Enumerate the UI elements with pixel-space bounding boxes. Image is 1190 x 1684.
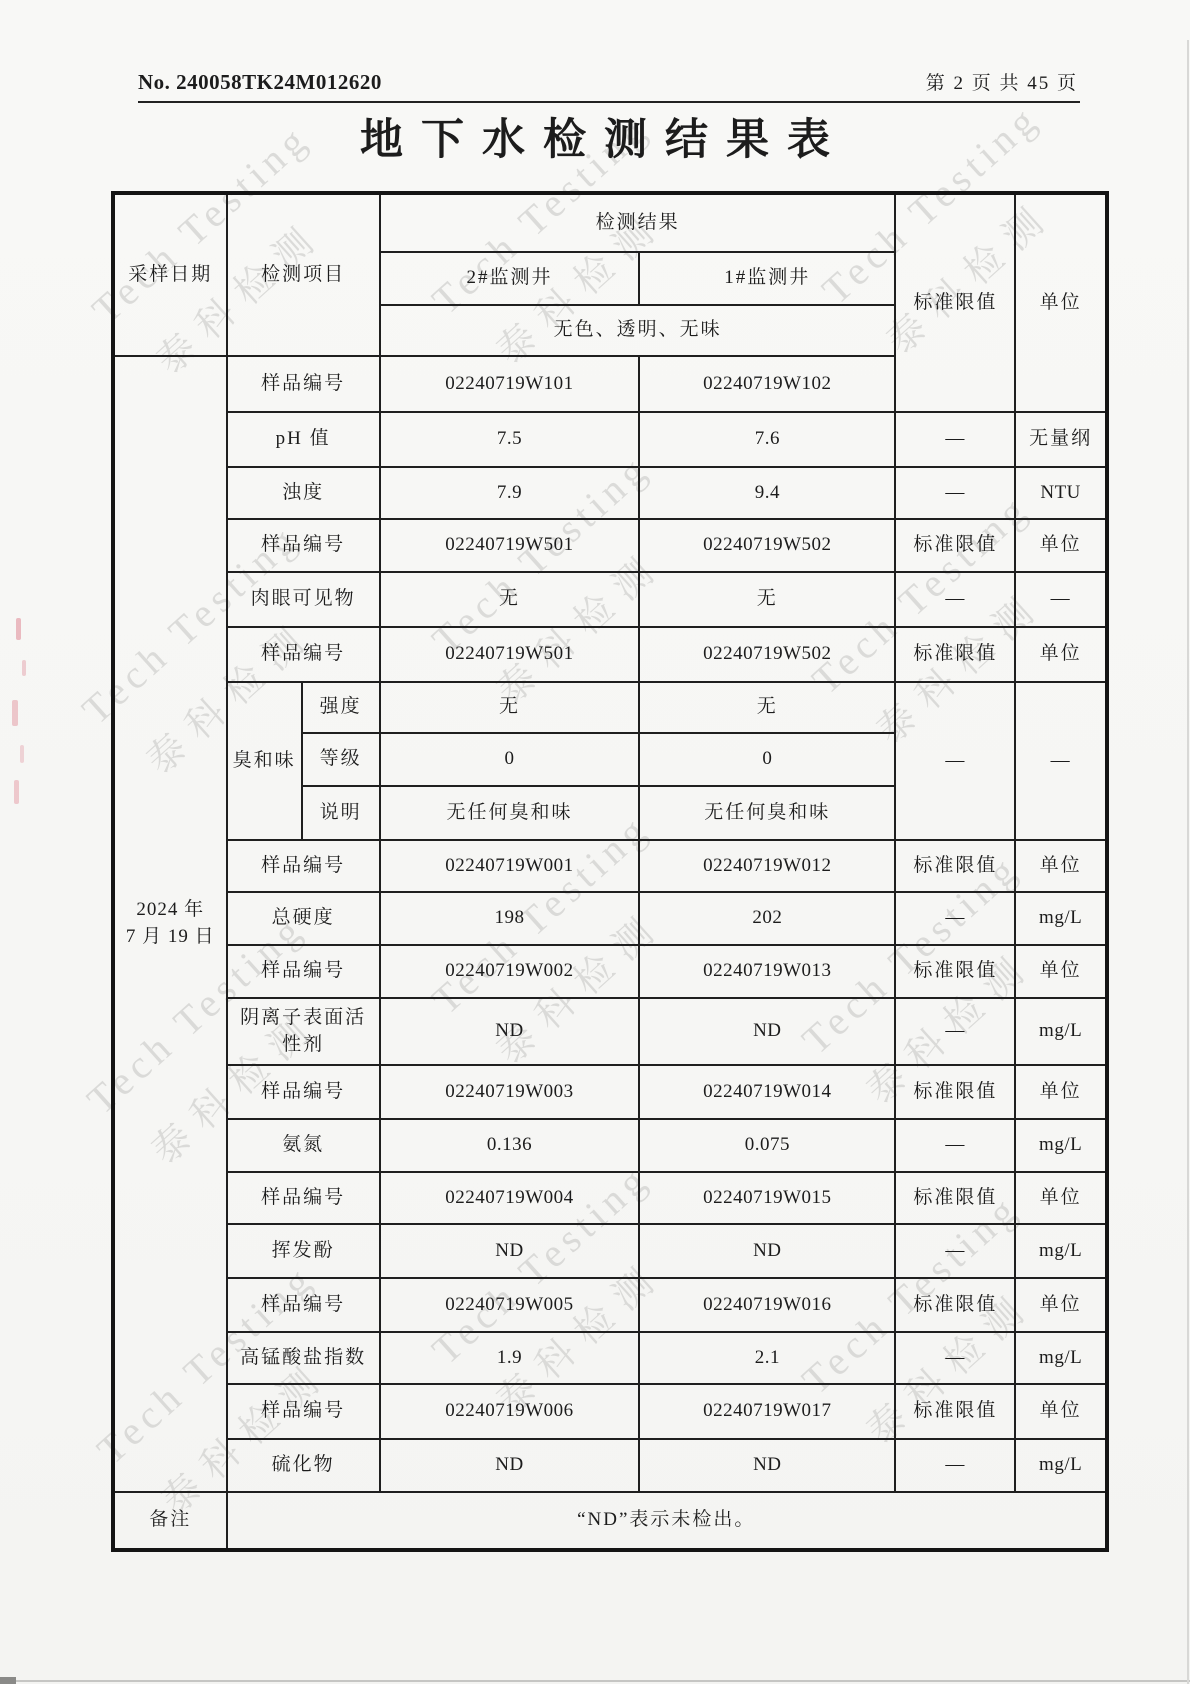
well1-value: ND: [639, 1224, 895, 1278]
well1-value: 02240719W013: [639, 945, 895, 998]
well2-value: 02240719W002: [380, 945, 639, 998]
unit-cell: 单位: [1015, 1172, 1107, 1224]
unit-cell: 单位: [1015, 627, 1107, 682]
unit-cell: —: [1015, 682, 1107, 840]
header-sampling-date: 采样日期: [113, 193, 227, 356]
row-label: 肉眼可见物: [227, 572, 380, 627]
report-number: No. 240058TK24M012620: [138, 70, 382, 95]
limit-cell: 标准限值: [895, 1278, 1015, 1332]
row-label: 阴离子表面活性剂: [227, 998, 380, 1065]
unit-cell: mg/L: [1015, 1224, 1107, 1278]
scan-corner-mark: [0, 1677, 16, 1684]
well1-value: ND: [639, 1439, 895, 1492]
well2-value: 7.9: [380, 467, 639, 519]
page-title: 地下水检测结果表: [0, 106, 1190, 167]
well2-value: 198: [380, 892, 639, 945]
red-ink-artifact: [20, 745, 24, 763]
limit-cell: —: [895, 1332, 1015, 1384]
limit-cell: —: [895, 1439, 1015, 1492]
well1-value: 02240719W502: [639, 627, 895, 682]
unit-cell: mg/L: [1015, 1439, 1107, 1492]
limit-cell: —: [895, 572, 1015, 627]
well2-value: 02240719W001: [380, 840, 639, 892]
limit-cell: 标准限值: [895, 1172, 1015, 1224]
well1-value: 9.4: [639, 467, 895, 519]
row-label: 样品编号: [227, 519, 380, 572]
row-label: 样品编号: [227, 1384, 380, 1439]
well2-value: 0: [380, 733, 639, 786]
result-table: 采样日期 检测项目 检测结果 标准限值 单位 2#监测井 1#监测井 无色、透明…: [111, 191, 1109, 1552]
row-label: 强度: [302, 682, 380, 733]
well1-value: 2.1: [639, 1332, 895, 1384]
red-ink-artifact: [12, 700, 18, 726]
row-label: 样品编号: [227, 1065, 380, 1119]
well1-value: 0.075: [639, 1119, 895, 1172]
header-test-item: 检测项目: [227, 193, 380, 356]
unit-cell: 单位: [1015, 1384, 1107, 1439]
well1-value: 02240719W014: [639, 1065, 895, 1119]
well2-value: 7.5: [380, 412, 639, 467]
row-label: 硫化物: [227, 1439, 380, 1492]
well1-value: 02240719W017: [639, 1384, 895, 1439]
header-standard-limit: 标准限值: [895, 193, 1015, 412]
header-appearance: 无色、透明、无味: [380, 305, 896, 356]
header-well1: 1#监测井: [639, 252, 895, 305]
row-label: 样品编号: [227, 1278, 380, 1332]
limit-cell: —: [895, 892, 1015, 945]
well2-value: 无: [380, 682, 639, 733]
row-label: 浊度: [227, 467, 380, 519]
row-label: 样品编号: [227, 627, 380, 682]
well2-value: ND: [380, 1439, 639, 1492]
unit-cell: mg/L: [1015, 892, 1107, 945]
limit-cell: 标准限值: [895, 519, 1015, 572]
limit-cell: 标准限值: [895, 627, 1015, 682]
well2-value: 02240719W004: [380, 1172, 639, 1224]
remark-text: “ND”表示未检出。: [227, 1492, 1107, 1550]
smell-group-label: 臭和味: [227, 682, 302, 840]
row-label: 样品编号: [227, 945, 380, 998]
sampling-date-line2: 7 月 19 日: [119, 924, 222, 951]
well1-value: 02240719W102: [639, 356, 895, 412]
well1-value: 7.6: [639, 412, 895, 467]
well2-value: 0.136: [380, 1119, 639, 1172]
red-ink-artifact: [14, 780, 19, 804]
well1-value: 02240719W502: [639, 519, 895, 572]
limit-cell: —: [895, 1224, 1015, 1278]
unit-cell: —: [1015, 572, 1107, 627]
row-label: 高锰酸盐指数: [227, 1332, 380, 1384]
well1-value: 02240719W012: [639, 840, 895, 892]
well2-value: 无: [380, 572, 639, 627]
limit-cell: —: [895, 998, 1015, 1065]
well1-value: 02240719W016: [639, 1278, 895, 1332]
well2-value: ND: [380, 1224, 639, 1278]
unit-cell: 单位: [1015, 519, 1107, 572]
result-table-wrap: 采样日期 检测项目 检测结果 标准限值 单位 2#监测井 1#监测井 无色、透明…: [111, 191, 1109, 1552]
limit-cell: —: [895, 467, 1015, 519]
limit-cell: 标准限值: [895, 1065, 1015, 1119]
row-label: 样品编号: [227, 840, 380, 892]
limit-cell: —: [895, 1119, 1015, 1172]
row-label: 挥发酚: [227, 1224, 380, 1278]
well1-value: ND: [639, 998, 895, 1065]
header-unit: 单位: [1015, 193, 1107, 412]
document-page: Tech Testing泰科检测 Tech Testing泰科检测 Tech T…: [0, 0, 1190, 1684]
row-label: 样品编号: [227, 1172, 380, 1224]
unit-cell: mg/L: [1015, 1119, 1107, 1172]
row-label: 氨氮: [227, 1119, 380, 1172]
well2-value: 02240719W006: [380, 1384, 639, 1439]
well1-value: 202: [639, 892, 895, 945]
scan-edge-right: [1187, 40, 1189, 1684]
row-label: 总硬度: [227, 892, 380, 945]
page-header: No. 240058TK24M012620 第 2 页 共 45 页: [138, 68, 1080, 103]
header-rule: [138, 101, 1080, 103]
well2-value: 02240719W501: [380, 627, 639, 682]
sampling-date-cell: 2024 年 7 月 19 日: [113, 356, 227, 1492]
unit-cell: 单位: [1015, 945, 1107, 998]
well1-value: 0: [639, 733, 895, 786]
unit-cell: mg/L: [1015, 1332, 1107, 1384]
row-label: 说明: [302, 786, 380, 840]
unit-cell: NTU: [1015, 467, 1107, 519]
well1-value: 无任何臭和味: [639, 786, 895, 840]
limit-cell: 标准限值: [895, 1384, 1015, 1439]
well2-value: 1.9: [380, 1332, 639, 1384]
well2-value: 02240719W101: [380, 356, 639, 412]
red-ink-artifact: [16, 618, 21, 640]
sampling-date-line1: 2024 年: [119, 897, 222, 924]
unit-cell: 单位: [1015, 1065, 1107, 1119]
unit-cell: mg/L: [1015, 998, 1107, 1065]
well1-value: 无: [639, 572, 895, 627]
limit-cell: 标准限值: [895, 840, 1015, 892]
well2-value: 02240719W501: [380, 519, 639, 572]
unit-cell: 无量纲: [1015, 412, 1107, 467]
limit-cell: 标准限值: [895, 945, 1015, 998]
row-label: 样品编号: [227, 356, 380, 412]
well2-value: 无任何臭和味: [380, 786, 639, 840]
well2-value: ND: [380, 998, 639, 1065]
scan-edge-bottom: [0, 1680, 1190, 1682]
remark-label: 备注: [113, 1492, 227, 1550]
unit-cell: 单位: [1015, 1278, 1107, 1332]
well1-value: 无: [639, 682, 895, 733]
limit-cell: —: [895, 682, 1015, 840]
page-number: 第 2 页 共 45 页: [926, 68, 1078, 95]
row-label: 等级: [302, 733, 380, 786]
row-label: pH 值: [227, 412, 380, 467]
well1-value: 02240719W015: [639, 1172, 895, 1224]
header-well2: 2#监测井: [380, 252, 639, 305]
header-test-result: 检测结果: [380, 193, 896, 252]
well2-value: 02240719W003: [380, 1065, 639, 1119]
unit-cell: 单位: [1015, 840, 1107, 892]
well2-value: 02240719W005: [380, 1278, 639, 1332]
limit-cell: —: [895, 412, 1015, 467]
red-ink-artifact: [22, 660, 26, 676]
